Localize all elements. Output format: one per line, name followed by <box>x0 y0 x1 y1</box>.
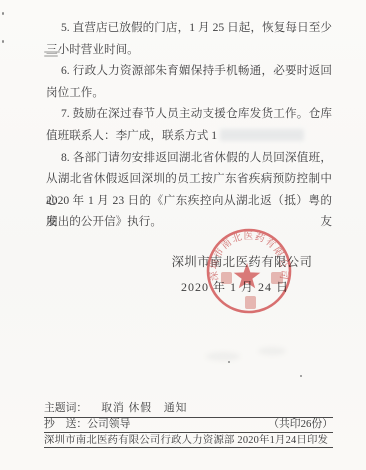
contact-phone-prefix: 值班联系人：李广成，联系方式 1 <box>46 129 217 142</box>
star-icon <box>234 263 261 288</box>
body-line: 5. 直营店已放假的门店，1 月 25 日起，恢复每日至少 <box>46 17 332 39</box>
body-line: 6. 行政人力资源部朱育媚保持手机畅通，必要时返回 <box>46 60 332 82</box>
copies-count: （共印26份） <box>268 416 333 431</box>
body-line: 2020 年 1 月 23 日的《广东疾控向从湖北返（抵）粤的朋友 <box>46 190 332 212</box>
notice-body: 5. 直营店已放假的门店，1 月 25 日起，恢复每日至少 三小时营业时间。 6… <box>46 17 332 233</box>
issuer-row: 深圳市南北医药有限公司行政人力资源部 2020年1月24日印发 <box>44 433 333 448</box>
scan-speck <box>2 40 4 43</box>
redacted-phone-number <box>220 129 304 141</box>
body-line: 三小时营业时间。 <box>46 39 332 61</box>
scan-speck <box>228 361 230 363</box>
body-line: 岗位工作。 <box>46 82 332 104</box>
scan-speck <box>2 12 4 15</box>
company-seal-graphic: 深圳市南北医药有限公司 <box>202 226 298 322</box>
body-line: 8. 各部门请勿安排返回湖北省休假的人员回深值班， <box>46 147 332 169</box>
cc-value: 公司领导 <box>87 416 130 431</box>
body-line: 7. 鼓励在深过春节人员主动支援仓库发货工作。仓库 <box>46 103 332 125</box>
cc-group: 抄 送： 公司领导 <box>44 416 130 431</box>
seal-smudge <box>271 272 283 284</box>
body-line: 值班联系人：李广成，联系方式 1 <box>46 125 332 147</box>
scan-speck <box>300 375 302 377</box>
seal-smudge <box>245 296 256 309</box>
subject-label: 主题词： <box>44 400 87 415</box>
issuer-text: 深圳市南北医药有限公司行政人力资源部 2020年1月24日印发 <box>44 431 328 446</box>
scanned-notice-document: 5. 直营店已放假的门店，1 月 25 日起，恢复每日至少 三小时营业时间。 6… <box>0 0 366 470</box>
body-line: 从湖北省休假返回深圳的员工按广东省疾病预防控制中心 <box>46 168 332 190</box>
subject-value: 取消 休假 通知 <box>101 400 187 415</box>
scan-artifact <box>44 55 58 57</box>
document-footer: 主题词： 取消 休假 通知 抄 送： 公司领导 （共印26份） 深圳市南北医药有… <box>44 401 333 448</box>
scan-artifact <box>44 51 60 53</box>
scan-smudge <box>258 347 286 355</box>
company-seal: 深圳市南北医药有限公司 <box>202 226 298 322</box>
scan-smudge <box>206 352 240 361</box>
seal-smudge <box>221 272 232 284</box>
cc-label: 抄 送： <box>44 416 87 431</box>
